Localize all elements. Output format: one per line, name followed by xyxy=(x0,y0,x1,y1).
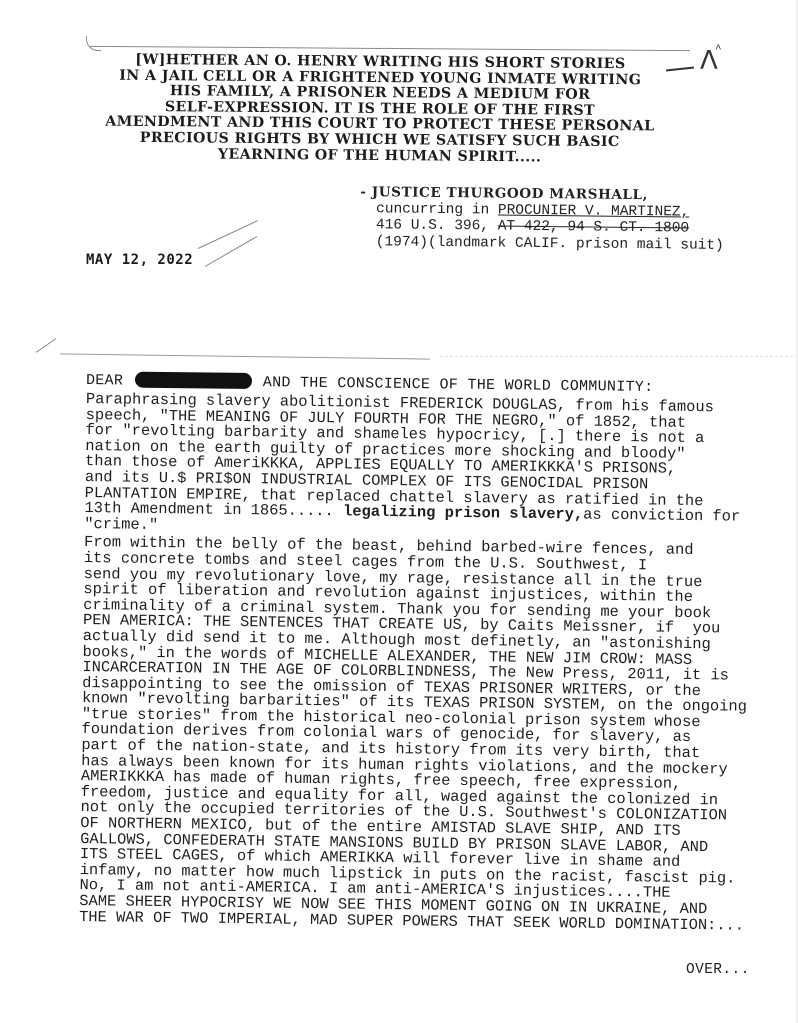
text-span: as conviction for xyxy=(583,506,740,526)
continued-over-note: OVER... xyxy=(686,962,750,978)
paper-fold-line-top xyxy=(90,46,690,51)
epigraph-attribution: - JUSTICE THURGOOD MARSHALL, cuncurring … xyxy=(360,184,725,254)
paragraph-1: Paraphrasing slavery abolitionist FREDER… xyxy=(85,392,786,510)
small-caret-icon: ^ xyxy=(715,44,722,56)
letter-date: MAY 12, 2022 xyxy=(86,252,193,268)
paper-fold-corner xyxy=(86,36,101,51)
citation-struck: AT 422, 94 S. CT. 1800 xyxy=(498,219,690,237)
case-name: PROCUNIER V. MARTINEZ, xyxy=(498,202,690,220)
paper-fold-line-middle-faint xyxy=(440,356,798,357)
handwritten-dash-mark xyxy=(666,67,694,72)
redaction-bar xyxy=(134,372,251,389)
emphasized-text: legalizing prison slavery, xyxy=(343,503,583,524)
paragraph-2: From within the belly of the beast, behi… xyxy=(79,535,784,934)
attribution-note: (1974)(landmark CALIF. prison mail suit) xyxy=(360,234,724,254)
paper-fold-line-middle xyxy=(60,353,430,359)
epigraph-quote: [W]HETHER AN O. HENRY WRITING HIS SHORT … xyxy=(100,53,661,167)
citation-plain: 416 U.S. 396, xyxy=(376,217,498,234)
fold-tick-mark xyxy=(36,338,56,353)
concurring-prefix: cuncurring in xyxy=(376,201,498,218)
salutation-prefix: DEAR xyxy=(86,372,123,389)
letter-body: Paraphrasing slavery abolitionist FREDER… xyxy=(79,392,786,934)
handwritten-slash-mark xyxy=(198,220,258,249)
